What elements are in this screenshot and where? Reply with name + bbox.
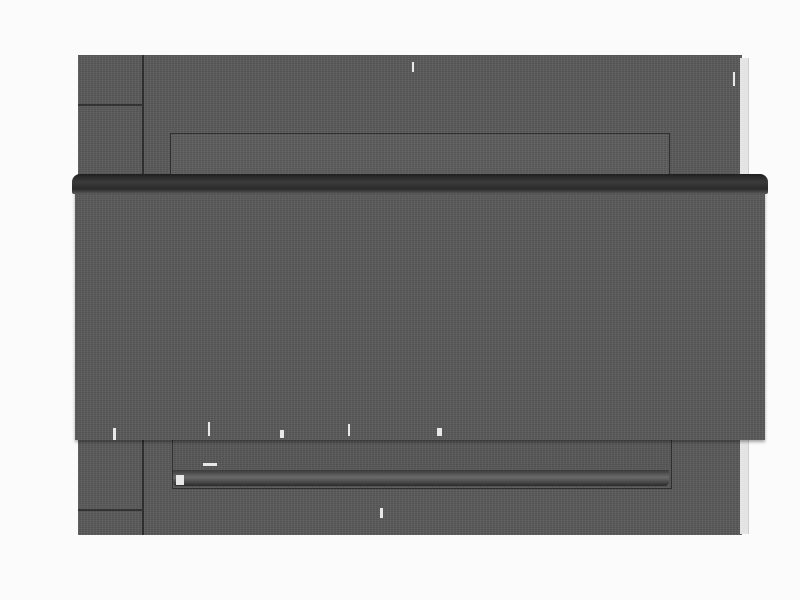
spine-stitch-line-top (78, 104, 143, 106)
inner-board-top (170, 133, 670, 180)
inner-board-spine (173, 470, 669, 486)
scuff-mark (348, 424, 350, 436)
scuff-mark (437, 428, 442, 436)
scuff-mark (380, 508, 383, 518)
scuff-mark (412, 62, 414, 72)
scuff-mark (733, 72, 735, 86)
spine-stitch-line-bottom (78, 509, 143, 511)
scuff-mark (280, 430, 284, 438)
front-cover-spine (72, 174, 768, 194)
scuff-mark (203, 463, 217, 466)
scuff-mark (176, 475, 184, 485)
scuff-mark (208, 422, 210, 436)
front-cover (75, 176, 765, 440)
scuff-mark (113, 428, 116, 440)
